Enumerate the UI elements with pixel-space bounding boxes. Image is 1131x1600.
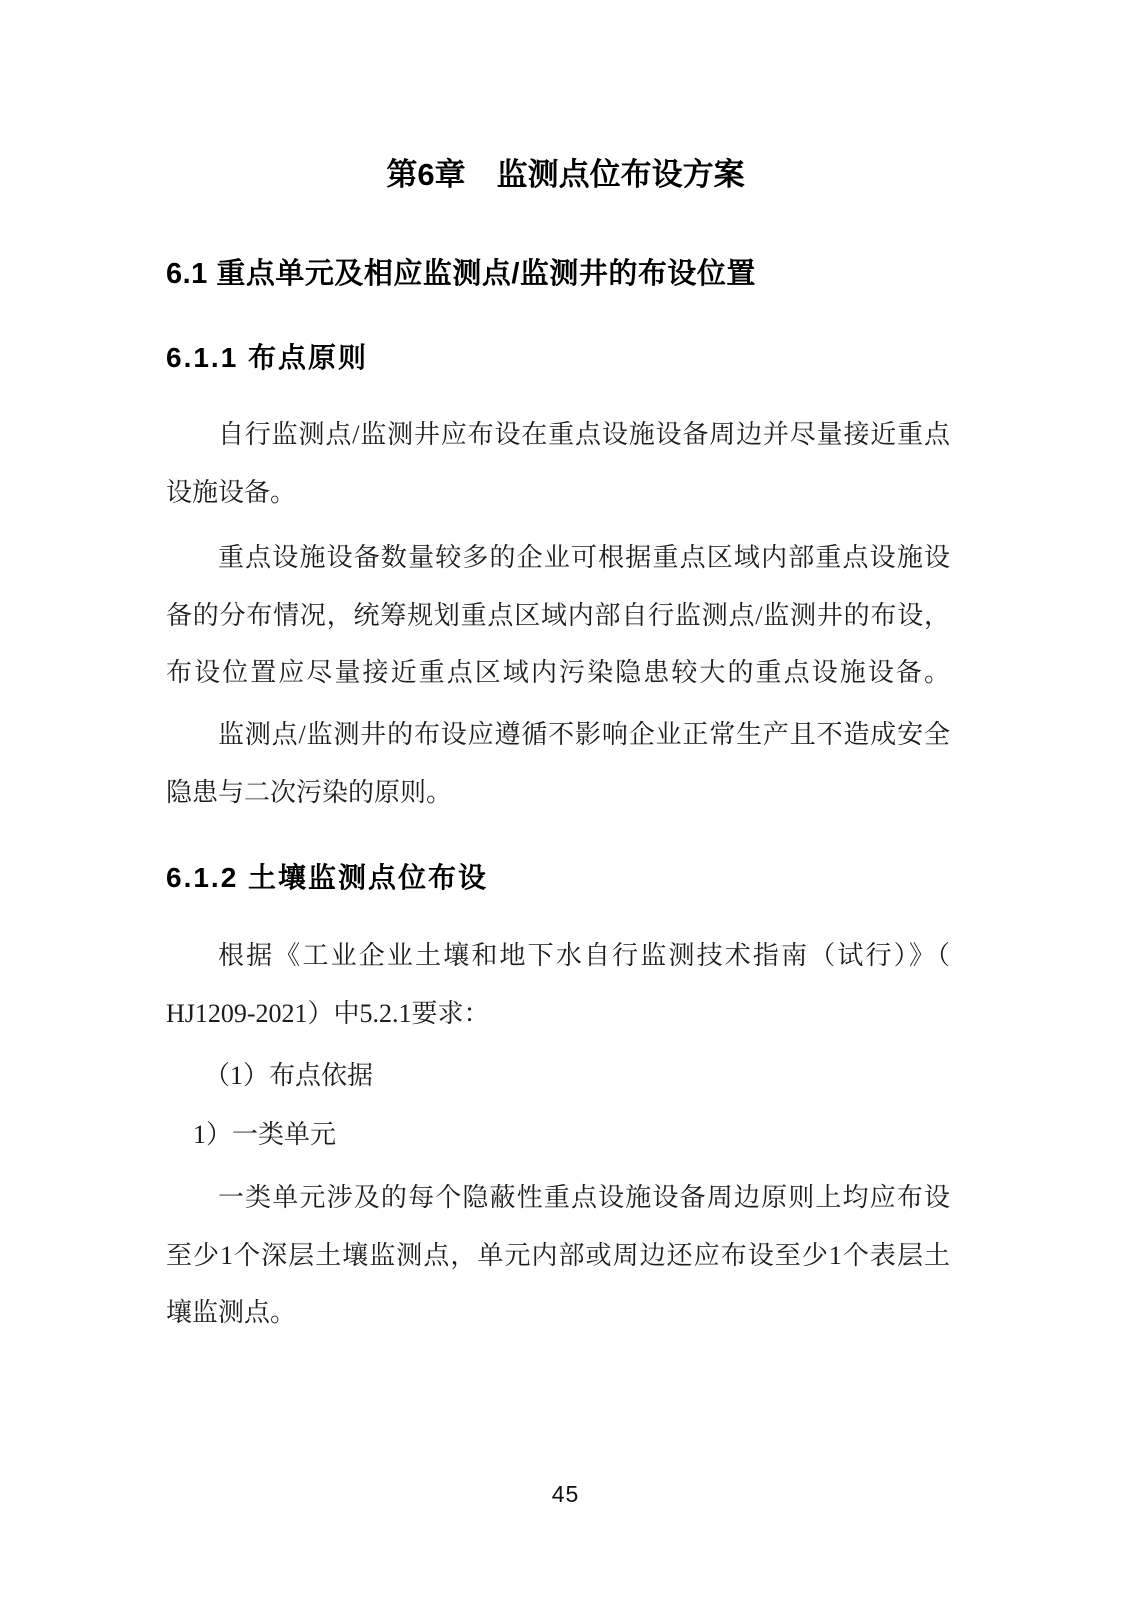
section-heading-6-1-1: 6.1.1 布点原则 [166,336,368,376]
text-line: 至少1个深层土壤监测点，单元内部或周边还应布设至少1个表层土 [166,1227,950,1285]
text-line: 自行监测点/监测井应布设在重点设施设备周边并尽量接近重点 [166,406,950,464]
text-line: 一类单元涉及的每个隐蔽性重点设施设备周边原则上均应布设 [166,1169,950,1227]
text-line: 备的分布情况，统筹规划重点区域内部自行监测点/监测井的布设， [166,587,950,645]
list-item-placement-basis: （1）布点依据 [166,1047,950,1105]
paragraph-safety-principle: 监测点/监测井的布设应遵循不影响企业正常生产且不造成安全 隐患与二次污染的原则。 [166,706,950,821]
text-line: （1）布点依据 [166,1047,950,1105]
chapter-title: 第6章 监测点位布设方案 [0,149,1131,194]
section-heading-6-1-2: 6.1.2 土壤监测点位布设 [166,856,488,896]
page-number: 45 [0,1481,1131,1508]
paragraph-standard-reference: 根据《工业企业土壤和地下水自行监测技术指南（试行）》（ HJ1209-2021）… [166,927,950,1042]
text-line: 根据《工业企业土壤和地下水自行监测技术指南（试行）》（ [166,927,950,985]
text-line: 重点设施设备数量较多的企业可根据重点区域内部重点设施设 [166,529,950,587]
text-line: 监测点/监测井的布设应遵循不影响企业正常生产且不造成安全 [166,706,950,764]
paragraph-class-one-requirements: 一类单元涉及的每个隐蔽性重点设施设备周边原则上均应布设 至少1个深层土壤监测点，… [166,1169,950,1342]
text-line: HJ1209-2021）中5.2.1要求： [166,985,950,1043]
text-line: 布设位置应尽量接近重点区域内污染隐患较大的重点设施设备。 [166,644,950,702]
paragraph-placement-principle: 自行监测点/监测井应布设在重点设施设备周边并尽量接近重点 设施设备。 [166,406,950,521]
text-line: 设施设备。 [166,464,950,522]
document-page: 第6章 监测点位布设方案 6.1 重点单元及相应监测点/监测井的布设位置 6.1… [0,0,1131,1600]
text-line: 隐患与二次污染的原则。 [166,764,950,822]
section-heading-6-1: 6.1 重点单元及相应监测点/监测井的布设位置 [166,251,756,292]
text-line: 壤监测点。 [166,1284,950,1342]
paragraph-multiple-facilities: 重点设施设备数量较多的企业可根据重点区域内部重点设施设 备的分布情况，统筹规划重… [166,529,950,702]
text-line: 1）一类单元 [166,1106,950,1164]
list-item-class-one-unit: 1）一类单元 [166,1106,950,1164]
